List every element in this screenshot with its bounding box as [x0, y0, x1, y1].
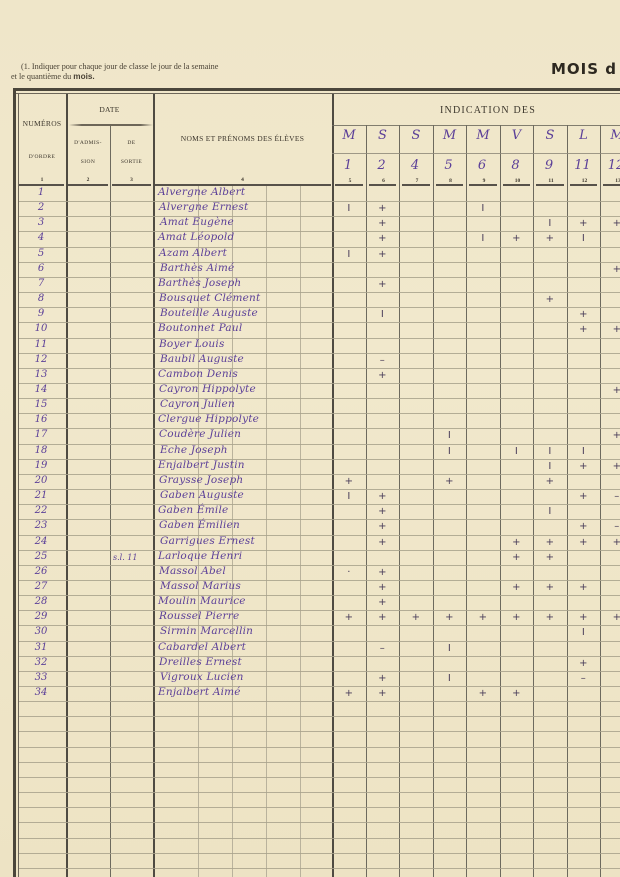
- student-number: 5: [26, 248, 56, 259]
- student-name: Garrigues Ernest: [160, 535, 255, 547]
- student-number: 8: [26, 293, 56, 304]
- table-row: 25s.l. 11Larloque Henri++: [0, 550, 620, 565]
- attendance-mark: +: [343, 688, 355, 699]
- attendance-mark: +: [544, 476, 556, 487]
- student-number: 20: [26, 475, 56, 486]
- row-rule: [19, 777, 620, 778]
- attendance-mark: +: [376, 506, 388, 517]
- student-number: 30: [26, 626, 56, 637]
- attendance-mark: +: [410, 612, 422, 623]
- attendance-mark: +: [477, 612, 489, 623]
- attendance-mark: +: [376, 370, 388, 381]
- attendance-mark: I: [577, 627, 589, 638]
- attendance-mark: +: [376, 582, 388, 593]
- attendance-mark: +: [510, 233, 522, 244]
- student-name: Eche Joseph: [160, 444, 228, 456]
- table-row: 33Vigroux Lucien+I–: [0, 671, 620, 686]
- table-row: 19Enjalbert JustinI++: [0, 459, 620, 474]
- table-row: 8Bousquet Clément+: [0, 292, 620, 307]
- table-row: 20Graysse Joseph+++: [0, 474, 620, 489]
- student-number: 26: [26, 566, 56, 577]
- table-row: 2Alvergne ErnestI+I: [0, 201, 620, 216]
- attendance-mark: +: [443, 476, 455, 487]
- student-number: 33: [26, 672, 56, 683]
- student-name: Cambon Denis: [158, 368, 238, 380]
- attendance-register-page: (1. Indiquer pour chaque jour de classe …: [0, 0, 620, 877]
- attendance-mark: +: [577, 537, 589, 548]
- weekday-letter: M: [597, 128, 620, 143]
- attendance-mark: I: [544, 218, 556, 229]
- student-name: Vigroux Lucien: [160, 671, 244, 683]
- student-number: 13: [26, 369, 56, 380]
- student-name: Enjalbert Justin: [158, 459, 245, 471]
- student-name: Graysse Joseph: [159, 474, 243, 486]
- attendance-mark: +: [577, 521, 589, 532]
- table-row: 31Cabardel Albert–I: [0, 641, 620, 656]
- attendance-mark: –: [577, 673, 589, 684]
- student-number: 19: [26, 460, 56, 471]
- column-number: 3: [110, 177, 153, 183]
- attendance-mark: I: [477, 203, 489, 214]
- column-number: 2: [66, 177, 110, 183]
- row-rule: [19, 853, 620, 854]
- header-rule: [332, 153, 620, 154]
- student-number: 16: [26, 414, 56, 425]
- student-name: Cayron Hippolyte: [159, 383, 256, 395]
- student-name: Barthès Joseph: [158, 277, 241, 289]
- student-number: 29: [26, 611, 56, 622]
- header-indication: INDICATION DES: [440, 105, 620, 116]
- attendance-mark: ·: [343, 567, 355, 578]
- table-row: 27Massol Marius++++: [0, 580, 620, 595]
- attendance-mark: +: [376, 233, 388, 244]
- attendance-mark: +: [376, 491, 388, 502]
- attendance-mark: +: [376, 567, 388, 578]
- table-row: 23Gaben Émilien++–: [0, 519, 620, 534]
- row-rule: [19, 868, 620, 869]
- attendance-mark: +: [544, 294, 556, 305]
- attendance-mark: +: [611, 612, 620, 623]
- row-rule: [19, 747, 620, 748]
- attendance-mark: +: [376, 279, 388, 290]
- student-name: Baubil Auguste: [160, 353, 244, 365]
- student-name: Azam Albert: [159, 247, 227, 259]
- row-rule: [19, 716, 620, 717]
- student-name: Enjalbert Aimé: [158, 686, 241, 698]
- attendance-mark: +: [510, 552, 522, 563]
- attendance-mark: +: [376, 597, 388, 608]
- student-number: 21: [26, 490, 56, 501]
- attendance-mark: I: [544, 506, 556, 517]
- student-name: Bousquet Clément: [159, 292, 260, 304]
- table-row: 6Barthès Aimé+: [0, 262, 620, 277]
- month-title: MOIS d: [551, 60, 617, 78]
- student-name: Coudère Julien: [159, 428, 241, 440]
- attendance-mark: +: [376, 203, 388, 214]
- student-number: 2: [26, 202, 56, 213]
- attendance-mark: +: [611, 218, 620, 229]
- attendance-mark: +: [443, 612, 455, 623]
- row-rule: [19, 822, 620, 823]
- student-number: 12: [26, 354, 56, 365]
- student-number: 32: [26, 657, 56, 668]
- day-of-month: 5: [434, 158, 464, 173]
- table-row: 24Garrigues Ernest+++++: [0, 535, 620, 550]
- attendance-mark: I: [544, 461, 556, 472]
- student-number: 6: [26, 263, 56, 274]
- attendance-mark: –: [611, 521, 620, 532]
- attendance-mark: +: [510, 688, 522, 699]
- attendance-mark: +: [376, 612, 388, 623]
- attendance-mark: I: [343, 491, 355, 502]
- attendance-mark: I: [343, 203, 355, 214]
- table-row: 30Sirmin MarcellinI: [0, 625, 620, 640]
- header-admission: D'ADMIS-: [66, 140, 110, 146]
- attendance-mark: +: [376, 688, 388, 699]
- student-name: Gaben Auguste: [160, 489, 244, 501]
- attendance-mark: +: [577, 582, 589, 593]
- attendance-mark: +: [477, 688, 489, 699]
- table-top-border: [13, 88, 620, 91]
- attendance-mark: +: [577, 218, 589, 229]
- attendance-mark: +: [611, 537, 620, 548]
- student-number: 24: [26, 536, 56, 547]
- row-rule: [19, 762, 620, 763]
- student-name: Barthès Aimé: [160, 262, 234, 274]
- student-number: 27: [26, 581, 56, 592]
- attendance-mark: +: [544, 552, 556, 563]
- student-name: Bouteille Auguste: [160, 307, 258, 319]
- student-name: Alvergne Ernest: [159, 201, 248, 213]
- table-top-border-inner: [13, 93, 620, 94]
- attendance-mark: +: [577, 324, 589, 335]
- student-number: 14: [26, 384, 56, 395]
- attendance-mark: I: [477, 233, 489, 244]
- table-row: 22Gaben Émile+I: [0, 504, 620, 519]
- table-row: 21Gaben AugusteI++–: [0, 489, 620, 504]
- date-header-rule: [69, 124, 153, 126]
- attendance-mark: I: [544, 446, 556, 457]
- row-rule: [19, 701, 620, 702]
- attendance-mark: +: [510, 582, 522, 593]
- student-name: Massol Marius: [160, 580, 241, 592]
- column-number: 4: [153, 177, 332, 183]
- attendance-mark: I: [443, 446, 455, 457]
- attendance-mark: I: [343, 249, 355, 260]
- attendance-mark: +: [510, 612, 522, 623]
- table-row: 18Eche JosephIIII: [0, 444, 620, 459]
- header-admission-2: SION: [66, 159, 110, 165]
- day-of-month: 12: [601, 158, 620, 173]
- header-numeros: NUMÉROS: [18, 119, 66, 128]
- table-row: 5Azam AlbertI+: [0, 247, 620, 262]
- attendance-mark: I: [443, 430, 455, 441]
- row-rule: [19, 838, 620, 839]
- student-name: Amat Eugène: [160, 216, 234, 228]
- attendance-mark: I: [577, 233, 589, 244]
- student-number: 25: [26, 551, 56, 562]
- footnote-line-1: (1. Indiquer pour chaque jour de classe …: [11, 62, 218, 72]
- table-row: 12Baubil Auguste–: [0, 353, 620, 368]
- attendance-mark: +: [544, 612, 556, 623]
- table-row: 14Cayron Hippolyte+: [0, 383, 620, 398]
- attendance-mark: +: [577, 612, 589, 623]
- student-number: 15: [26, 399, 56, 410]
- table-row: 29Roussel Pierre+++++++++: [0, 610, 620, 625]
- attendance-mark: +: [510, 537, 522, 548]
- attendance-mark: I: [443, 673, 455, 684]
- column-number: 1: [18, 177, 66, 183]
- attendance-mark: I: [443, 643, 455, 654]
- student-name: Larloque Henri: [158, 550, 242, 562]
- attendance-mark: +: [376, 537, 388, 548]
- header-date: DATE: [66, 105, 153, 114]
- student-number: 34: [26, 687, 56, 698]
- attendance-mark: +: [376, 218, 388, 229]
- header-dordre: D'ORDRE: [18, 154, 66, 160]
- student-name: Moulin Maurice: [158, 595, 246, 607]
- attendance-mark: +: [376, 249, 388, 260]
- student-name: Dreilles Ernest: [159, 656, 242, 668]
- row-rule: [19, 807, 620, 808]
- attendance-mark: +: [577, 461, 589, 472]
- attendance-mark: –: [376, 355, 388, 366]
- student-name: Alvergne Albert: [158, 186, 245, 198]
- student-number: 18: [26, 445, 56, 456]
- student-number: 23: [26, 520, 56, 531]
- attendance-mark: +: [611, 430, 620, 441]
- table-row: 3Amat Eugène+I++: [0, 216, 620, 231]
- student-name: Massol Abel: [159, 565, 226, 577]
- day-of-month: 11: [568, 158, 598, 173]
- attendance-mark: +: [611, 264, 620, 275]
- attendance-mark: +: [611, 385, 620, 396]
- student-name: Boutonnet Paul: [158, 322, 242, 334]
- attendance-mark: I: [376, 309, 388, 320]
- attendance-mark: +: [343, 476, 355, 487]
- table-row: 1Alvergne Albert: [0, 186, 620, 201]
- header-de: DE: [110, 140, 153, 146]
- row-rule: [19, 731, 620, 732]
- attendance-mark: +: [611, 461, 620, 472]
- attendance-mark: –: [611, 491, 620, 502]
- student-number: 7: [26, 278, 56, 289]
- table-row: 4Amat Léopold+I++I: [0, 231, 620, 246]
- student-name: Gaben Émilien: [159, 519, 240, 531]
- student-number: 3: [26, 217, 56, 228]
- student-number: 11: [26, 339, 56, 350]
- day-of-month: 4: [400, 158, 430, 173]
- student-name: Amat Léopold: [158, 231, 234, 243]
- attendance-mark: +: [343, 612, 355, 623]
- day-of-month: 2: [367, 158, 397, 173]
- student-name: Cabardel Albert: [158, 641, 246, 653]
- attendance-mark: +: [577, 309, 589, 320]
- table-row: 17Coudère JulienI+: [0, 428, 620, 443]
- row-rule: [19, 792, 620, 793]
- student-name: Roussel Pierre: [159, 610, 239, 622]
- header-rule: [332, 125, 620, 126]
- attendance-mark: +: [577, 491, 589, 502]
- exit-date: s.l. 11: [113, 553, 137, 562]
- student-name: Boyer Louis: [159, 338, 225, 350]
- day-of-month: 9: [534, 158, 564, 173]
- student-name: Gaben Émile: [158, 504, 228, 516]
- table-row: 32Dreilles Ernest+: [0, 656, 620, 671]
- attendance-mark: +: [544, 582, 556, 593]
- student-number: 28: [26, 596, 56, 607]
- day-of-month: 6: [467, 158, 497, 173]
- student-name: Sirmin Marcellin: [160, 625, 253, 637]
- attendance-mark: +: [376, 521, 388, 532]
- table-row: 26Massol Abel·+: [0, 565, 620, 580]
- attendance-mark: –: [376, 643, 388, 654]
- attendance-mark: +: [376, 673, 388, 684]
- attendance-mark: +: [544, 233, 556, 244]
- footnote-line-2: et le quantième du mois.: [11, 72, 218, 82]
- table-row: 11Boyer Louis: [0, 338, 620, 353]
- table-row: 28Moulin Maurice+: [0, 595, 620, 610]
- header-noms: NOMS ET PRÉNOMS DES ÉLÈVES: [153, 134, 332, 143]
- day-of-month: 1: [333, 158, 363, 173]
- table-row: 7Barthès Joseph+: [0, 277, 620, 292]
- student-number: 22: [26, 505, 56, 516]
- table-row: 10Boutonnet Paul++: [0, 322, 620, 337]
- student-number: 9: [26, 308, 56, 319]
- attendance-mark: +: [611, 324, 620, 335]
- attendance-mark: +: [544, 537, 556, 548]
- student-number: 1: [26, 187, 56, 198]
- student-number: 4: [26, 232, 56, 243]
- attendance-mark: +: [577, 658, 589, 669]
- footnote: (1. Indiquer pour chaque jour de classe …: [11, 62, 218, 82]
- table-row: 15Cayron Julien: [0, 398, 620, 413]
- attendance-mark: I: [577, 446, 589, 457]
- student-number: 17: [26, 429, 56, 440]
- attendance-mark: I: [510, 446, 522, 457]
- header-sortie: SORTIE: [110, 159, 153, 165]
- day-of-month: 8: [501, 158, 531, 173]
- table-row: 9Bouteille AugusteI+: [0, 307, 620, 322]
- student-name: Cayron Julien: [160, 398, 235, 410]
- student-number: 31: [26, 642, 56, 653]
- student-number: 10: [26, 323, 56, 334]
- table-row: 13Cambon Denis+: [0, 368, 620, 383]
- table-row: 16Clergue Hippolyte: [0, 413, 620, 428]
- table-row: 34Enjalbert Aimé++++: [0, 686, 620, 701]
- student-name: Clergue Hippolyte: [158, 413, 259, 425]
